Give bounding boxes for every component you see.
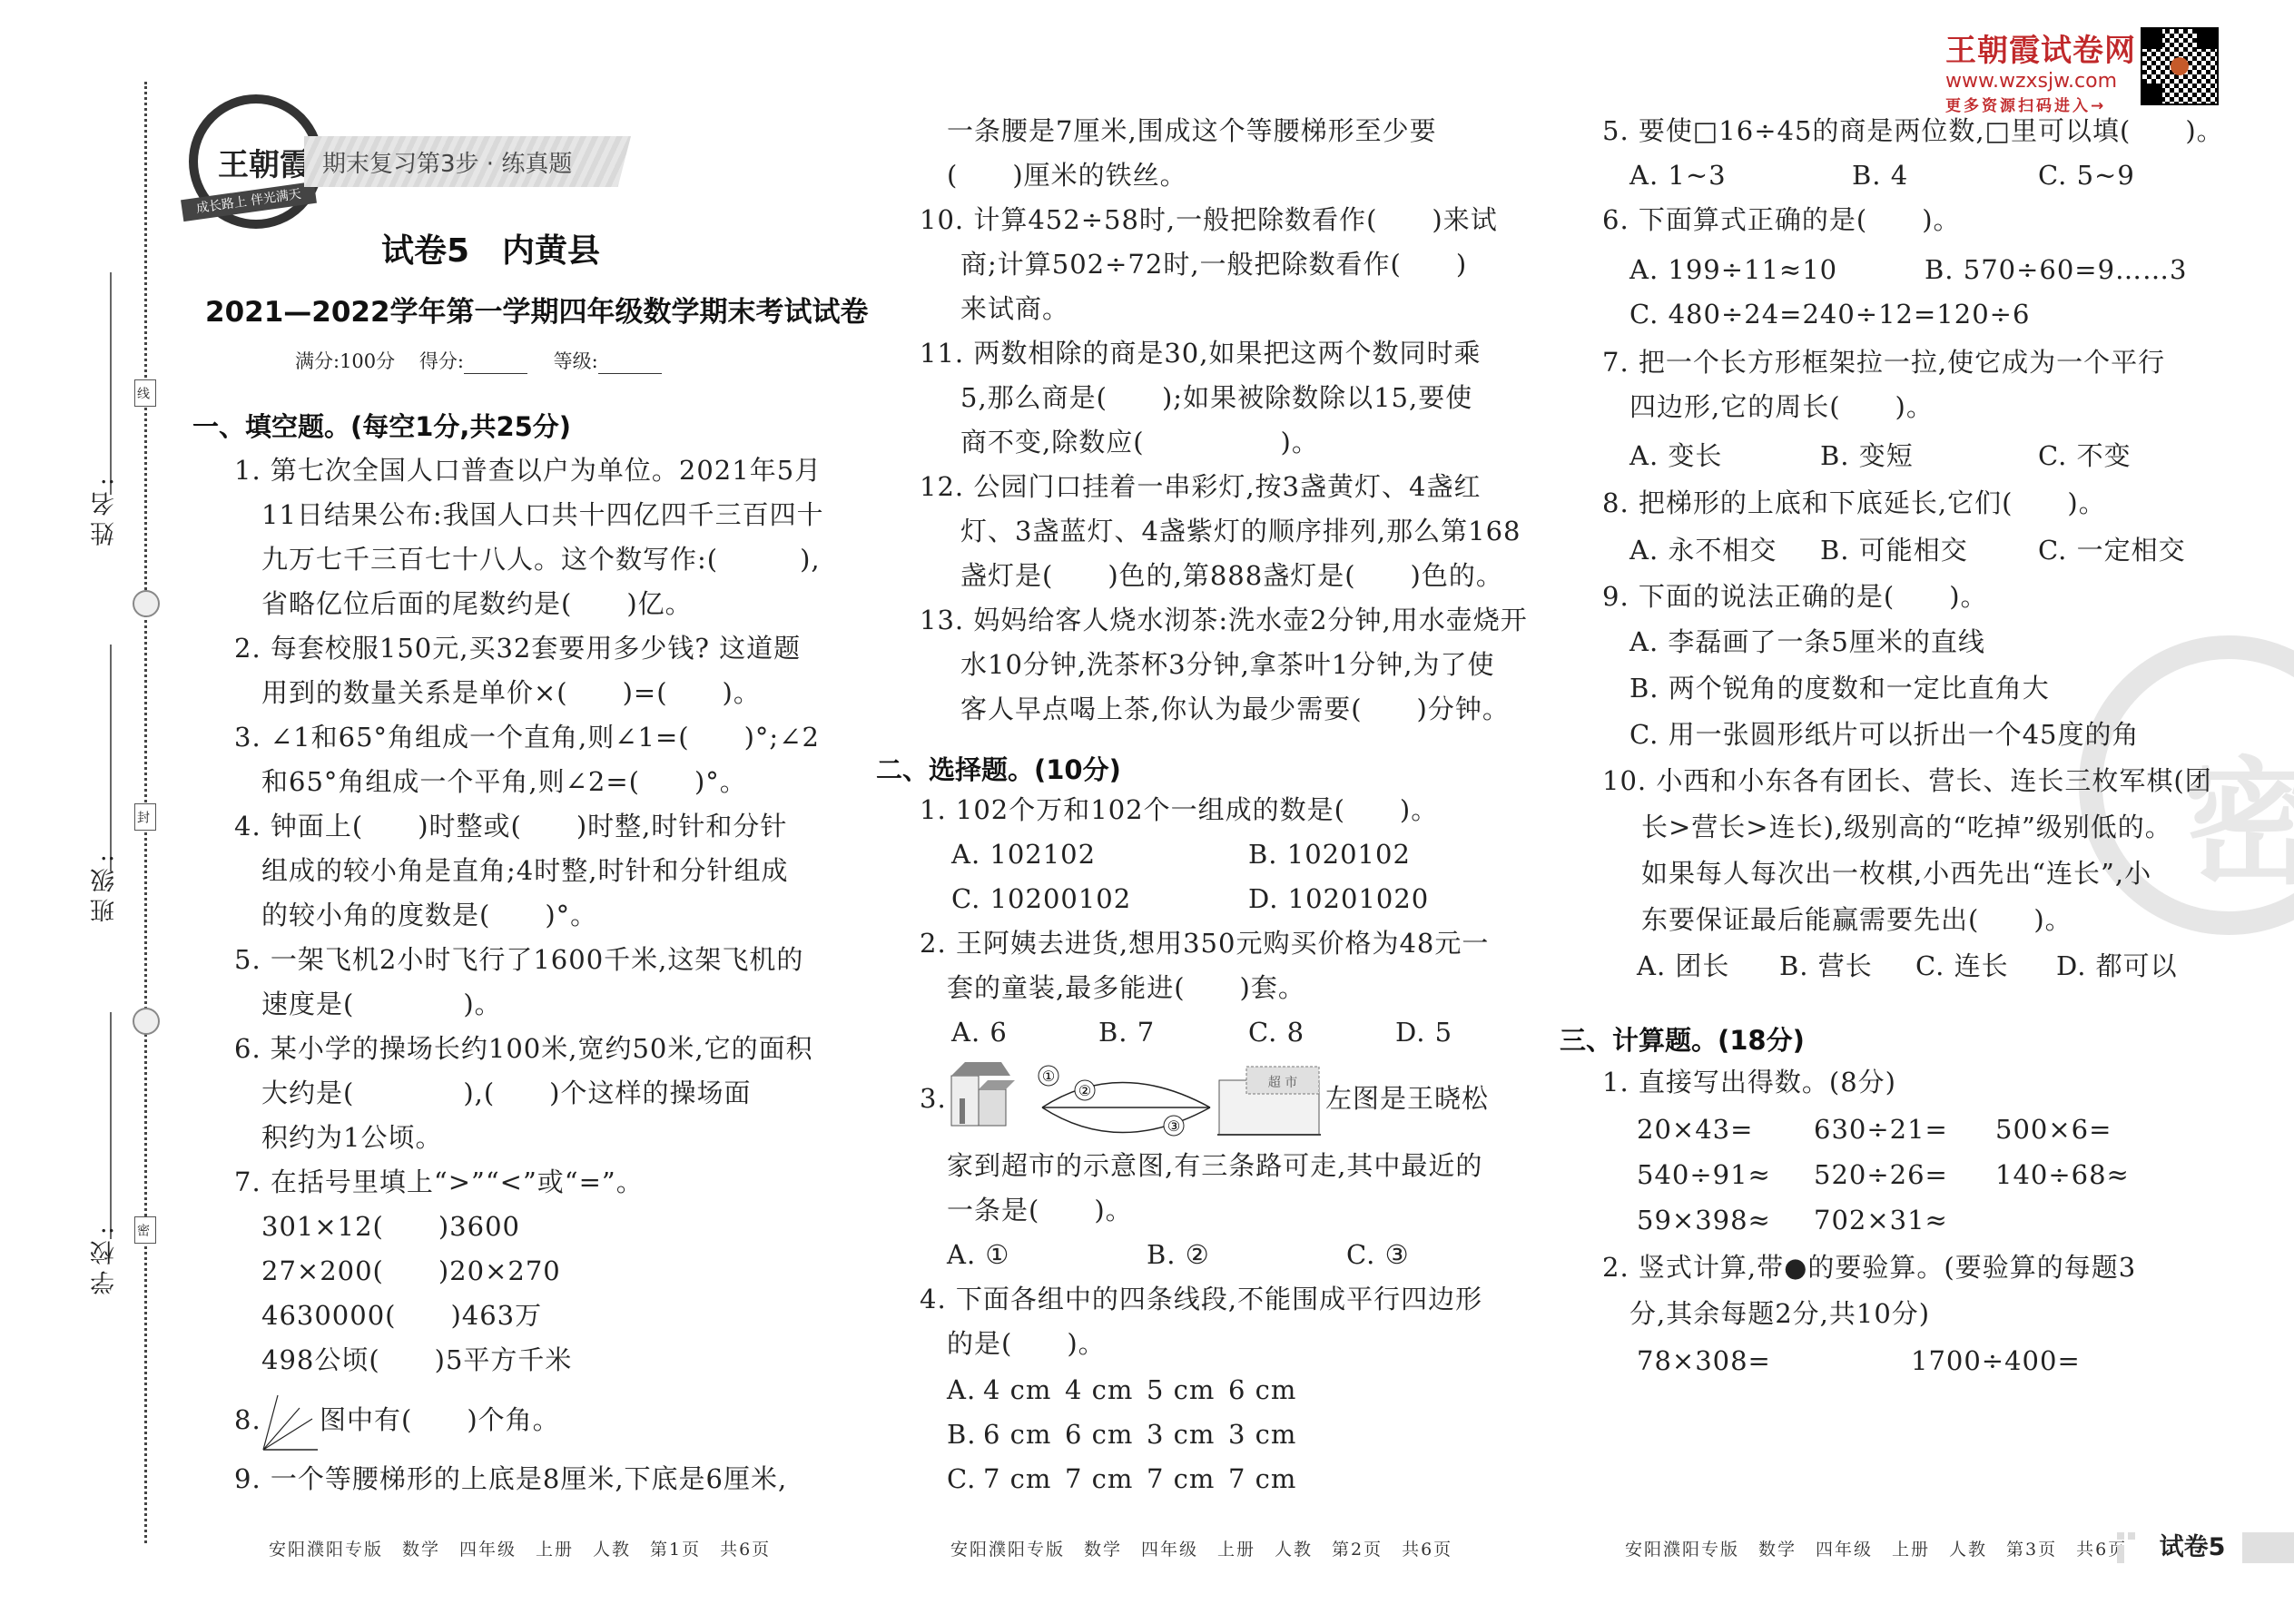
route-map-figure: ① ② ③ 超 市	[947, 1058, 1328, 1148]
question-line: 1. 第七次全国人口普查以户为单位。2021年5月	[234, 448, 822, 493]
brand-name: 王朝霞试卷网	[1945, 25, 2136, 70]
segment-length: 6 cm	[1065, 1412, 1133, 1457]
segment-length: 7 cm	[983, 1457, 1051, 1501]
mc-q10-stem: 长>营长>连长),级别高的“吃掉”级别低的。	[1641, 805, 2172, 850]
mc-q7-option-c[interactable]: C. 不变	[2038, 434, 2132, 478]
binding-mark-seal: 封	[134, 803, 156, 831]
mc-q5-option-b[interactable]: B. 4	[1852, 153, 1908, 198]
brand-block: 王朝霞试卷网 www.wzxsjw.com 更多资源扫码进入→	[1945, 25, 2136, 115]
svg-text:①: ①	[1042, 1068, 1055, 1085]
binding-mark-close: 密	[134, 1216, 156, 1244]
calc2-item: 1700÷400=	[1911, 1339, 2081, 1383]
mc-q9-option-b[interactable]: B. 两个锐角的度数和一定比直角大	[1629, 666, 2050, 711]
compare-item: 498公顷( )5平方千米	[261, 1338, 572, 1383]
mc-q1-option-c[interactable]: C. 10200102	[951, 877, 1131, 921]
section-banner: 期末复习第3步 · 练真题	[304, 136, 631, 187]
mc-q3-option-c[interactable]: C. ③	[1346, 1233, 1410, 1277]
question-line: 盏灯是( )色的,第888盏灯是( )色的。	[960, 554, 1503, 598]
mc-q8-option-c[interactable]: C. 一定相交	[2038, 528, 2186, 573]
full-score-label: 满分:100分	[295, 350, 395, 372]
mc-q3-stem: 左图是王晓松	[1325, 1077, 1489, 1121]
score-label: 得分:	[419, 350, 464, 372]
question-line: 积约为1公顷。	[261, 1116, 442, 1160]
question-line: ( )厘米的铁丝。	[947, 153, 1187, 198]
compare-item: 4630000( )463万	[261, 1294, 542, 1338]
mc-q3-stem: 一条是( )。	[947, 1188, 1133, 1233]
page-tag-decoration	[2117, 1532, 2139, 1563]
question-line: 图中有( )个角。	[320, 1398, 560, 1442]
mc-q7-option-a[interactable]: A. 变长	[1629, 434, 1722, 478]
banner-text: 期末复习第3步 · 练真题	[322, 145, 572, 179]
mc-q9-option-c[interactable]: C. 用一张圆形纸片可以折出一个45度的角	[1629, 713, 2140, 757]
calc1-item: 540÷91≈	[1637, 1153, 1771, 1197]
question-line: 商;计算502÷72时,一般把除数看作( )	[960, 242, 1467, 287]
question-line: 9. 一个等腰梯形的上底是8厘米,下底是6厘米,	[234, 1457, 787, 1501]
page-subtitle: 2021—2022学年第一学期四年级数学期末考试试卷	[205, 289, 869, 330]
mc-q6-option-c[interactable]: C. 480÷24=240÷12=120÷6	[1629, 292, 2030, 337]
mc-q5-stem: 5. 要使□16÷45的商是两位数,□里可以填( )。	[1602, 109, 2224, 153]
footer-page-3: 安阳濮阳专版 数学 四年级 上册 人教 第3页 共6页	[1625, 1536, 2127, 1560]
section1-heading: 一、填空题。(每空1分,共25分)	[192, 407, 571, 444]
segment-length: 3 cm	[1228, 1412, 1296, 1457]
question-line: 来试商。	[960, 287, 1069, 331]
score-line: 满分:100分 得分: 等级:	[295, 347, 662, 374]
mc-q10-stem: 东要保证最后能赢需要先出( )。	[1641, 898, 2072, 942]
calc2-title: 2. 竖式计算,带●的要验算。(要验算的每题3	[1602, 1245, 2136, 1290]
question-line: 11日结果公布:我国人口共十四亿四千三百四十	[261, 493, 824, 537]
calc2-title: 分,其余每题2分,共10分)	[1629, 1292, 1930, 1336]
mc-q8-stem: 8. 把梯形的上底和下底延长,它们( )。	[1602, 481, 2106, 526]
qr-logo-icon	[2171, 57, 2189, 75]
calc1-item: 20×43=	[1637, 1107, 1753, 1152]
mc-q1-option-d[interactable]: D. 10201020	[1248, 877, 1429, 921]
question-line: 客人早点喝上茶,你认为最少需要( )分钟。	[960, 687, 1510, 732]
segment-length: 6 cm	[983, 1412, 1051, 1457]
question-line: 6. 某小学的操场长约100米,宽约50米,它的面积	[234, 1027, 813, 1071]
segment-length: 3 cm	[1147, 1412, 1215, 1457]
mc-q5-option-a[interactable]: A. 1~3	[1629, 153, 1727, 198]
mc-q7-stem: 7. 把一个长方形框架拉一拉,使它成为一个平行	[1602, 340, 2165, 385]
section3-heading: 三、计算题。(18分)	[1560, 1020, 1805, 1058]
paper-number-tag: 试卷5	[2142, 1532, 2242, 1563]
section2-heading: 二、选择题。(10分)	[876, 750, 1121, 787]
class-label: 班级:	[87, 849, 123, 922]
score-field[interactable]	[464, 351, 527, 374]
mc-q1-option-b[interactable]: B. 1020102	[1248, 832, 1411, 877]
question-line: 九万七千三百七十八人。这个数写作:( ),	[261, 537, 821, 582]
mc-q4-stem: 的是( )。	[947, 1322, 1106, 1366]
grade-field[interactable]	[598, 351, 662, 374]
question-line: 一条腰是7厘米,围成这个等腰梯形至少要	[947, 109, 1437, 153]
svg-text:超 市: 超 市	[1268, 1075, 1297, 1090]
question-line: 13. 妈妈给客人烧水沏茶:洗水壶2分钟,用水壶烧开	[920, 598, 1528, 643]
question-line: 省略亿位后面的尾数约是( )亿。	[261, 582, 693, 626]
question-line: 12. 公园门口挂着一串彩灯,按3盏黄灯、4盏红	[920, 465, 1481, 509]
mc-q3-option-a[interactable]: A. ①	[947, 1233, 1009, 1277]
q8-number: 8.	[234, 1398, 261, 1442]
question-line: 用到的数量关系是单价×( )=( )。	[261, 671, 761, 715]
question-line: 水10分钟,洗茶杯3分钟,拿茶叶1分钟,为了使	[960, 643, 1494, 687]
qr-code[interactable]	[2141, 27, 2219, 105]
mc-q1-stem: 1. 102个万和102个一组成的数是( )。	[920, 788, 1438, 832]
mc-q2-option-c[interactable]: C. 8	[1248, 1010, 1305, 1055]
segment-length: 7 cm	[1147, 1457, 1215, 1501]
segment-length: 6 cm	[1228, 1368, 1296, 1412]
mc-q8-option-a[interactable]: A. 永不相交	[1629, 528, 1777, 573]
question-line: 大约是( ),( )个这样的操场面	[261, 1071, 751, 1116]
segment-length: 4 cm	[1065, 1368, 1133, 1412]
calc1-item: 59×398≈	[1637, 1198, 1771, 1243]
name-field-line[interactable]	[110, 272, 112, 495]
mc-q2-stem: 2. 王阿姨去进货,想用350元购买价格为48元一	[920, 921, 1489, 966]
page-title: 试卷5 内黄县	[381, 225, 600, 271]
mc-q9-option-a[interactable]: A. 李磊画了一条5厘米的直线	[1629, 620, 1985, 664]
mc-q5-option-c[interactable]: C. 5~9	[2038, 153, 2135, 198]
logo-ribbon: 成长路上 伴光满天	[182, 191, 316, 212]
scissor-icon	[133, 1008, 160, 1035]
mc-q2-option-d[interactable]: D. 5	[1395, 1010, 1452, 1055]
option-letter: A.	[947, 1368, 976, 1412]
question-line: 商不变,除数应( )。	[960, 420, 1319, 465]
calc1-title: 1. 直接写出得数。(8分)	[1602, 1060, 1896, 1105]
segment-length: 7 cm	[1228, 1457, 1296, 1501]
mc-q10-stem: 如果每人每次出一枚棋,小西先出“连长”,小	[1641, 851, 2151, 896]
question-line: 5,那么商是( );如果被除数除以15,要使	[960, 376, 1472, 420]
page-tag-bar	[2242, 1532, 2294, 1563]
question-line: 3. ∠1和65°角组成一个直角,则∠1=( )°;∠2	[234, 715, 820, 760]
question-line: 2. 每套校服150元,买32套要用多少钱? 这道题	[234, 626, 801, 671]
mc-q10-option-b[interactable]: B. 营长	[1779, 944, 1873, 989]
option-letter: B.	[947, 1412, 977, 1457]
mc-q2-option-a[interactable]: A. 6	[951, 1010, 1008, 1055]
mc-q1-option-a[interactable]: A. 102102	[951, 832, 1096, 877]
calc1-item: 500×6=	[1995, 1107, 2112, 1152]
compare-item: 301×12( )3600	[261, 1205, 520, 1249]
question-line: 和65°角组成一个平角,则∠2=( )°。	[261, 760, 747, 804]
mc-q6-option-b[interactable]: B. 570÷60=9……3	[1925, 248, 2188, 292]
mc-q7-stem: 四边形,它的周长( )。	[1629, 385, 1934, 429]
name-label: 姓名:	[87, 472, 123, 546]
mc-q6-stem: 6. 下面算式正确的是( )。	[1602, 198, 1961, 242]
svg-text:③: ③	[1167, 1117, 1180, 1135]
grade-label: 等级:	[554, 350, 598, 372]
class-field-line[interactable]	[110, 645, 112, 871]
calc1-item: 702×31≈	[1814, 1198, 1948, 1243]
svg-text:②: ②	[1078, 1082, 1091, 1099]
mc-q10-option-d[interactable]: D. 都可以	[2056, 944, 2178, 989]
question-line: 4. 钟面上( )时整或( )时整,时针和分针	[234, 804, 787, 849]
mc-q3-stem: 家到超市的示意图,有三条路可走,其中最近的	[947, 1144, 1482, 1188]
question-line: 的较小角的度数是( )°。	[261, 893, 597, 938]
mc-q7-option-b[interactable]: B. 变短	[1820, 434, 1914, 478]
question-line: 5. 一架飞机2小时飞行了1600千米,这架飞机的	[234, 938, 803, 982]
mc-q2-option-b[interactable]: B. 7	[1098, 1010, 1155, 1055]
calc1-item: 140÷68≈	[1995, 1153, 2130, 1197]
segment-length: 4 cm	[983, 1368, 1051, 1412]
school-label: 学校:	[87, 1221, 123, 1294]
segment-length: 5 cm	[1147, 1368, 1215, 1412]
binding-mark-line: 线	[134, 379, 156, 407]
school-field-line[interactable]	[110, 1012, 112, 1239]
question-line: 组成的较小角是直角;4时整,时针和分针组成	[261, 849, 788, 893]
mc-q3-number: 3.	[920, 1077, 947, 1121]
mc-q2-stem: 套的童装,最多能进( )套。	[947, 966, 1305, 1010]
footer-page-2: 安阳濮阳专版 数学 四年级 上册 人教 第2页 共6页	[950, 1536, 1452, 1560]
scissor-icon	[133, 590, 160, 617]
mc-q9-stem: 9. 下面的说法正确的是( )。	[1602, 575, 1988, 619]
question-line: 7. 在括号里填上“>”“<”或“=”。	[234, 1160, 644, 1205]
mc-q10-option-a[interactable]: A. 团长	[1637, 944, 1729, 989]
calc2-item: 78×308=	[1637, 1339, 1771, 1383]
angle-figure	[261, 1393, 320, 1455]
footer-page-1: 安阳濮阳专版 数学 四年级 上册 人教 第1页 共6页	[269, 1536, 771, 1560]
calc1-item: 520÷26=	[1814, 1153, 1948, 1197]
mc-q6-option-a[interactable]: A. 199÷11≈10	[1629, 248, 1837, 292]
mc-q4-stem: 4. 下面各组中的四条线段,不能围成平行四边形	[920, 1277, 1482, 1322]
mc-q3-option-b[interactable]: B. ②	[1147, 1233, 1210, 1277]
calc1-item: 630÷21=	[1814, 1107, 1948, 1152]
logo-text: 王朝霞	[218, 140, 310, 184]
question-line: 10. 计算452÷58时,一般把除数看作( )来试	[920, 198, 1498, 242]
brand-url[interactable]: www.wzxsjw.com	[1945, 70, 2136, 93]
question-line: 灯、3盏蓝灯、4盏紫灯的顺序排列,那么第168	[960, 509, 1521, 554]
question-line: 速度是( )。	[261, 982, 502, 1027]
compare-item: 27×200( )20×270	[261, 1249, 561, 1294]
mc-q8-option-b[interactable]: B. 可能相交	[1820, 528, 1968, 573]
segment-length: 7 cm	[1065, 1457, 1133, 1501]
mc-q10-option-c[interactable]: C. 连长	[1915, 944, 2009, 989]
question-line: 11. 两数相除的商是30,如果把这两个数同时乘	[920, 331, 1481, 376]
mc-q10-stem: 10. 小西和小东各有团长、营长、连长三枚军棋(团	[1602, 759, 2212, 803]
option-letter: C.	[947, 1457, 976, 1501]
